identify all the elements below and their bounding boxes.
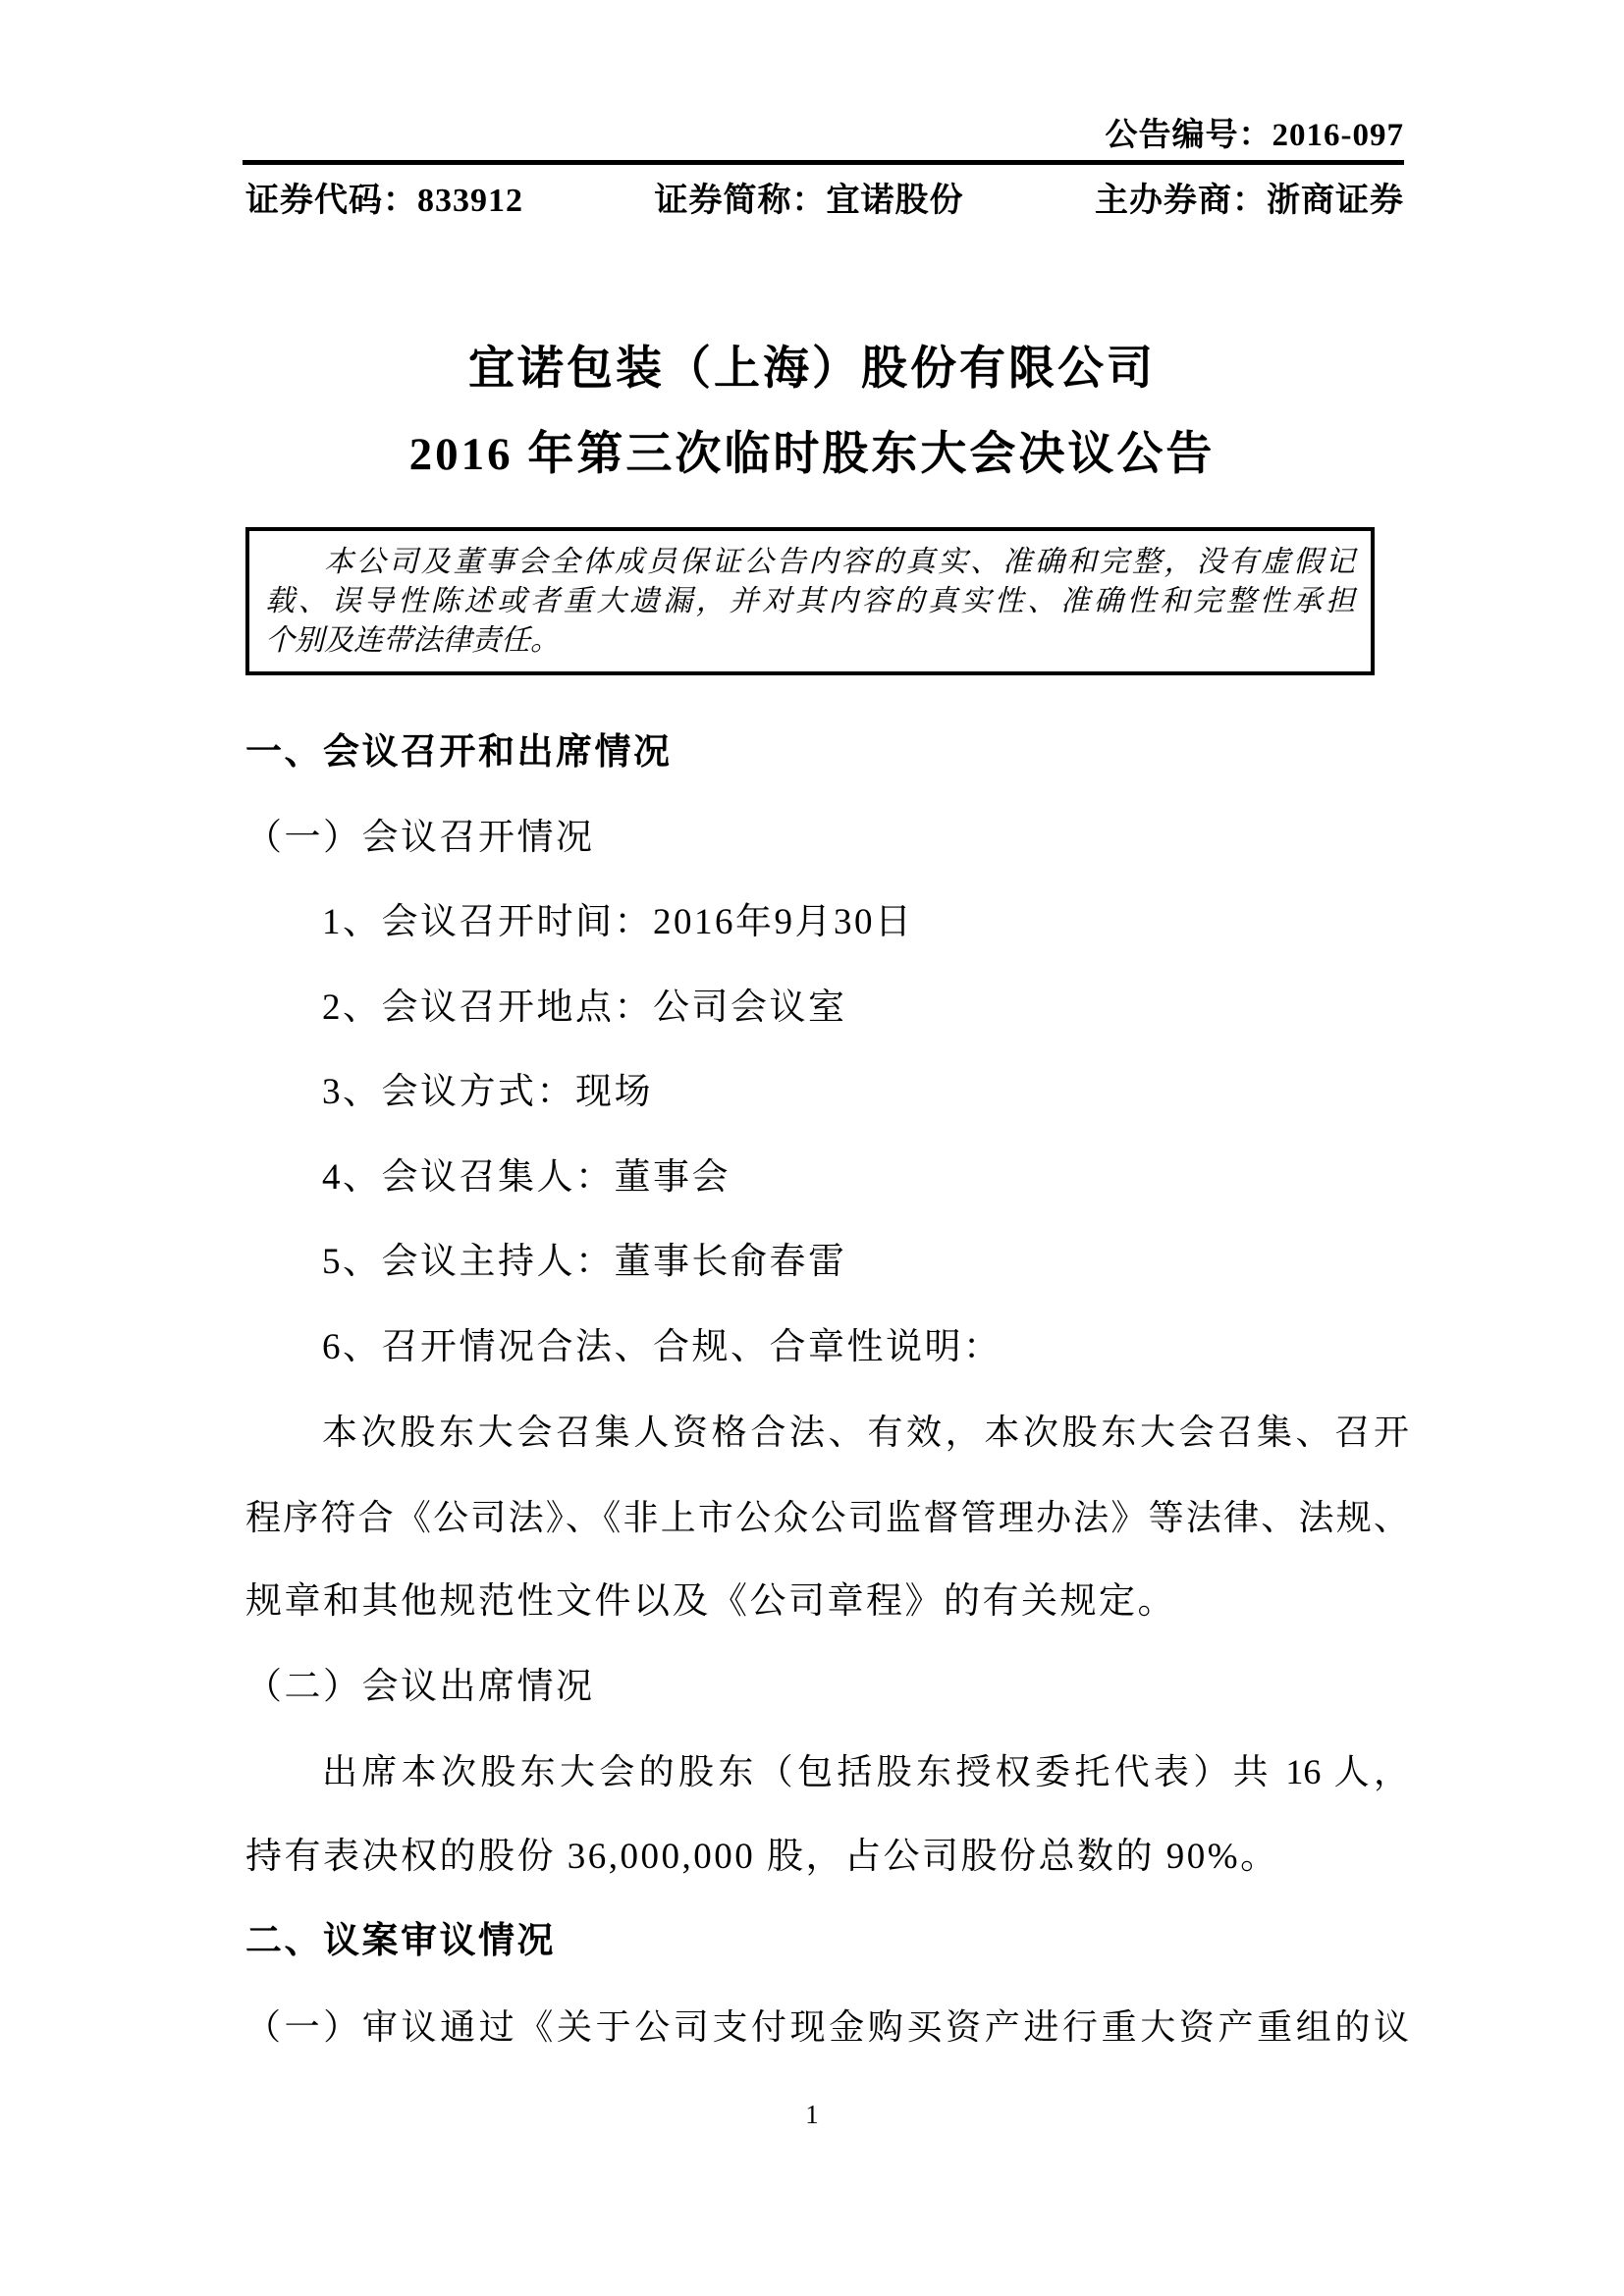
header-divider [243,160,1404,165]
paragraph-attendance-line: 持有表决权的股份 36,000,000 股，占公司股份总数的 90%。 [245,1815,1409,1900]
meeting-resolution-title: 2016 年第三次临时股东大会决议公告 [0,425,1624,484]
announcement-number: 公告编号：2016-097 [1106,114,1405,157]
document-body: 一、会议召开和出席情况 （一）会议召开情况 1、会议召开时间：2016年9月30… [245,711,1409,2069]
list-item-chairperson: 5、会议主持人：董事长俞春雷 [245,1220,1409,1306]
section-2-heading: 二、议案审议情况 [245,1899,1409,1985]
paragraph-legality-line: 程序符合《公司法》、《非上市公众公司监督管理办法》等法律、法规、 [245,1475,1409,1561]
disclaimer-line: 本公司及董事会全体成员保证公告内容的真实、准确和完整，没有虚假记 [265,543,1355,582]
subsection-1-1-heading: （一）会议召开情况 [245,796,1409,881]
securities-info-row: 证券代码：833912 证券简称：宜诺股份 主办券商：浙商证券 [245,180,1404,223]
paragraph-legality-line: 本次股东大会召集人资格合法、有效，本次股东大会召集、召开 [245,1390,1409,1475]
list-item-convener: 4、会议召集人：董事会 [245,1136,1409,1221]
paragraph-attendance-line: 出席本次股东大会的股东（包括股东授权委托代表）共 16 人， [245,1730,1409,1815]
list-item-meeting-time: 1、会议召开时间：2016年9月30日 [245,881,1409,966]
disclaimer-line: 个别及连带法律责任。 [265,621,1355,661]
paragraph-legality-line: 规章和其他规范性文件以及《公司章程》的有关规定。 [245,1560,1409,1645]
subsection-1-2-heading: （二）会议出席情况 [245,1645,1409,1731]
list-item-legality-note: 6、召开情况合法、合规、合章性说明： [245,1306,1409,1391]
section-1-heading: 一、会议召开和出席情况 [245,711,1409,796]
company-title: 宜诺包装（上海）股份有限公司 [0,340,1624,399]
stock-short-name: 证券简称：宜诺股份 [655,180,964,223]
page-number: 1 [0,2097,1624,2132]
document-page: 公告编号：2016-097 证券代码：833912 证券简称：宜诺股份 主办券商… [0,0,1624,2296]
disclaimer-box: 本公司及董事会全体成员保证公告内容的真实、准确和完整，没有虚假记 载、误导性陈述… [245,527,1375,675]
stock-code: 证券代码：833912 [245,180,523,223]
sponsor-broker: 主办券商：浙商证券 [1095,180,1404,223]
disclaimer-line: 载、误导性陈述或者重大遗漏，并对其内容的真实性、准确性和完整性承担 [265,582,1355,621]
list-item-meeting-method: 3、会议方式：现场 [245,1050,1409,1136]
list-item-meeting-place: 2、会议召开地点：公司会议室 [245,966,1409,1051]
subsection-2-1-heading: （一）审议通过《关于公司支付现金购买资产进行重大资产重组的议 [245,1985,1409,2070]
